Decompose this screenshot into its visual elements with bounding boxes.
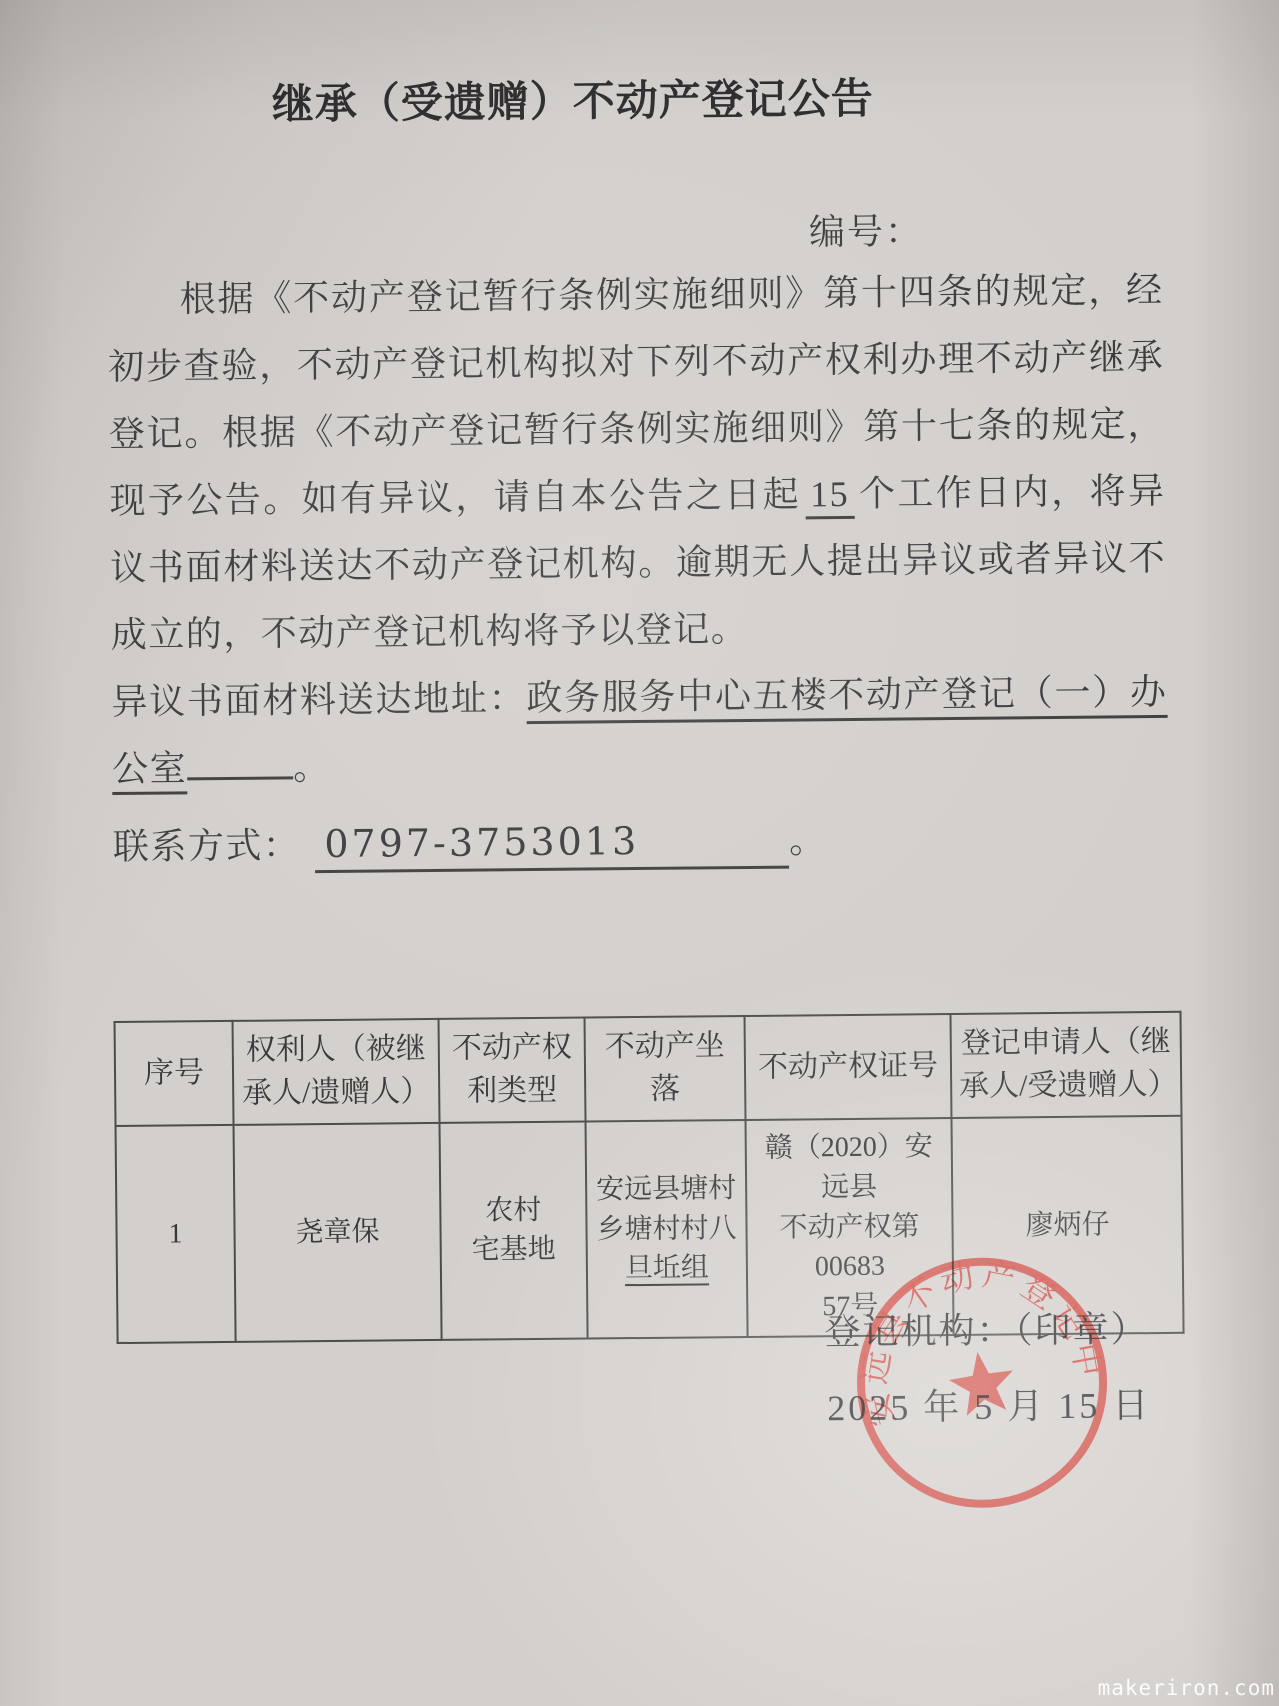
location-main: 安远县塘村 乡塘村村八 — [596, 1173, 737, 1245]
header-cert-no: 不动产权证号 — [745, 1014, 952, 1120]
watermark: makeriron.com — [1098, 1676, 1275, 1700]
table-header-row: 序号 权利人（被继承人/遗赠人） 不动产权利类型 不动产坐落 不动产权证号 登记… — [115, 1012, 1182, 1126]
address-label: 异议书面材料送达地址： — [111, 678, 526, 722]
address-line: 异议书面材料送达地址：政务服务中心五楼不动产登记（一）办公室。 — [111, 659, 1168, 803]
cell-seq: 1 — [116, 1125, 236, 1343]
seal-star-icon — [945, 1347, 1018, 1417]
header-location: 不动产坐落 — [585, 1016, 746, 1122]
header-applicant: 登记申请人（继承人/受遗赠人） — [950, 1012, 1181, 1118]
announcement-body: 根据《不动产登记暂行条例实施细则》第十四条的规定，经初步查验，不动产登记机构拟对… — [107, 257, 1169, 881]
header-owner: 权利人（被继承人/遗赠人） — [233, 1019, 440, 1125]
cell-location: 安远县塘村 乡塘村村八 旦坵组 — [586, 1120, 748, 1338]
contact-label: 联系方式： — [113, 825, 301, 867]
header-seq: 序号 — [115, 1021, 234, 1126]
cell-right-type: 农村 宅基地 — [440, 1122, 588, 1340]
location-underlined: 旦坵组 — [625, 1253, 709, 1285]
contact-phone-value: 0797-3753013 — [314, 818, 789, 874]
official-seal: 安远县不动产登记中心 — [828, 1229, 1135, 1536]
address-period: 。 — [293, 747, 331, 787]
objection-days-value: 15 — [805, 474, 854, 519]
contact-line: 联系方式：0797-3753013。 — [113, 803, 1170, 881]
cell-owner: 尧章保 — [234, 1123, 442, 1342]
main-paragraph: 根据《不动产登记暂行条例实施细则》第十四条的规定，经初步查验，不动产登记机构拟对… — [107, 257, 1167, 669]
announcement-document: 继承（受遗赠）不动产登记公告 编号： 根据《不动产登记暂行条例实施细则》第十四条… — [0, 0, 1279, 1706]
serial-number-label: 编号： — [809, 203, 923, 255]
address-blank-underline — [187, 740, 293, 780]
header-right-type: 不动产权利类型 — [439, 1018, 586, 1123]
page-title: 继承（受遗赠）不动产登记公告 — [0, 63, 1153, 134]
contact-period: 。 — [789, 820, 827, 860]
